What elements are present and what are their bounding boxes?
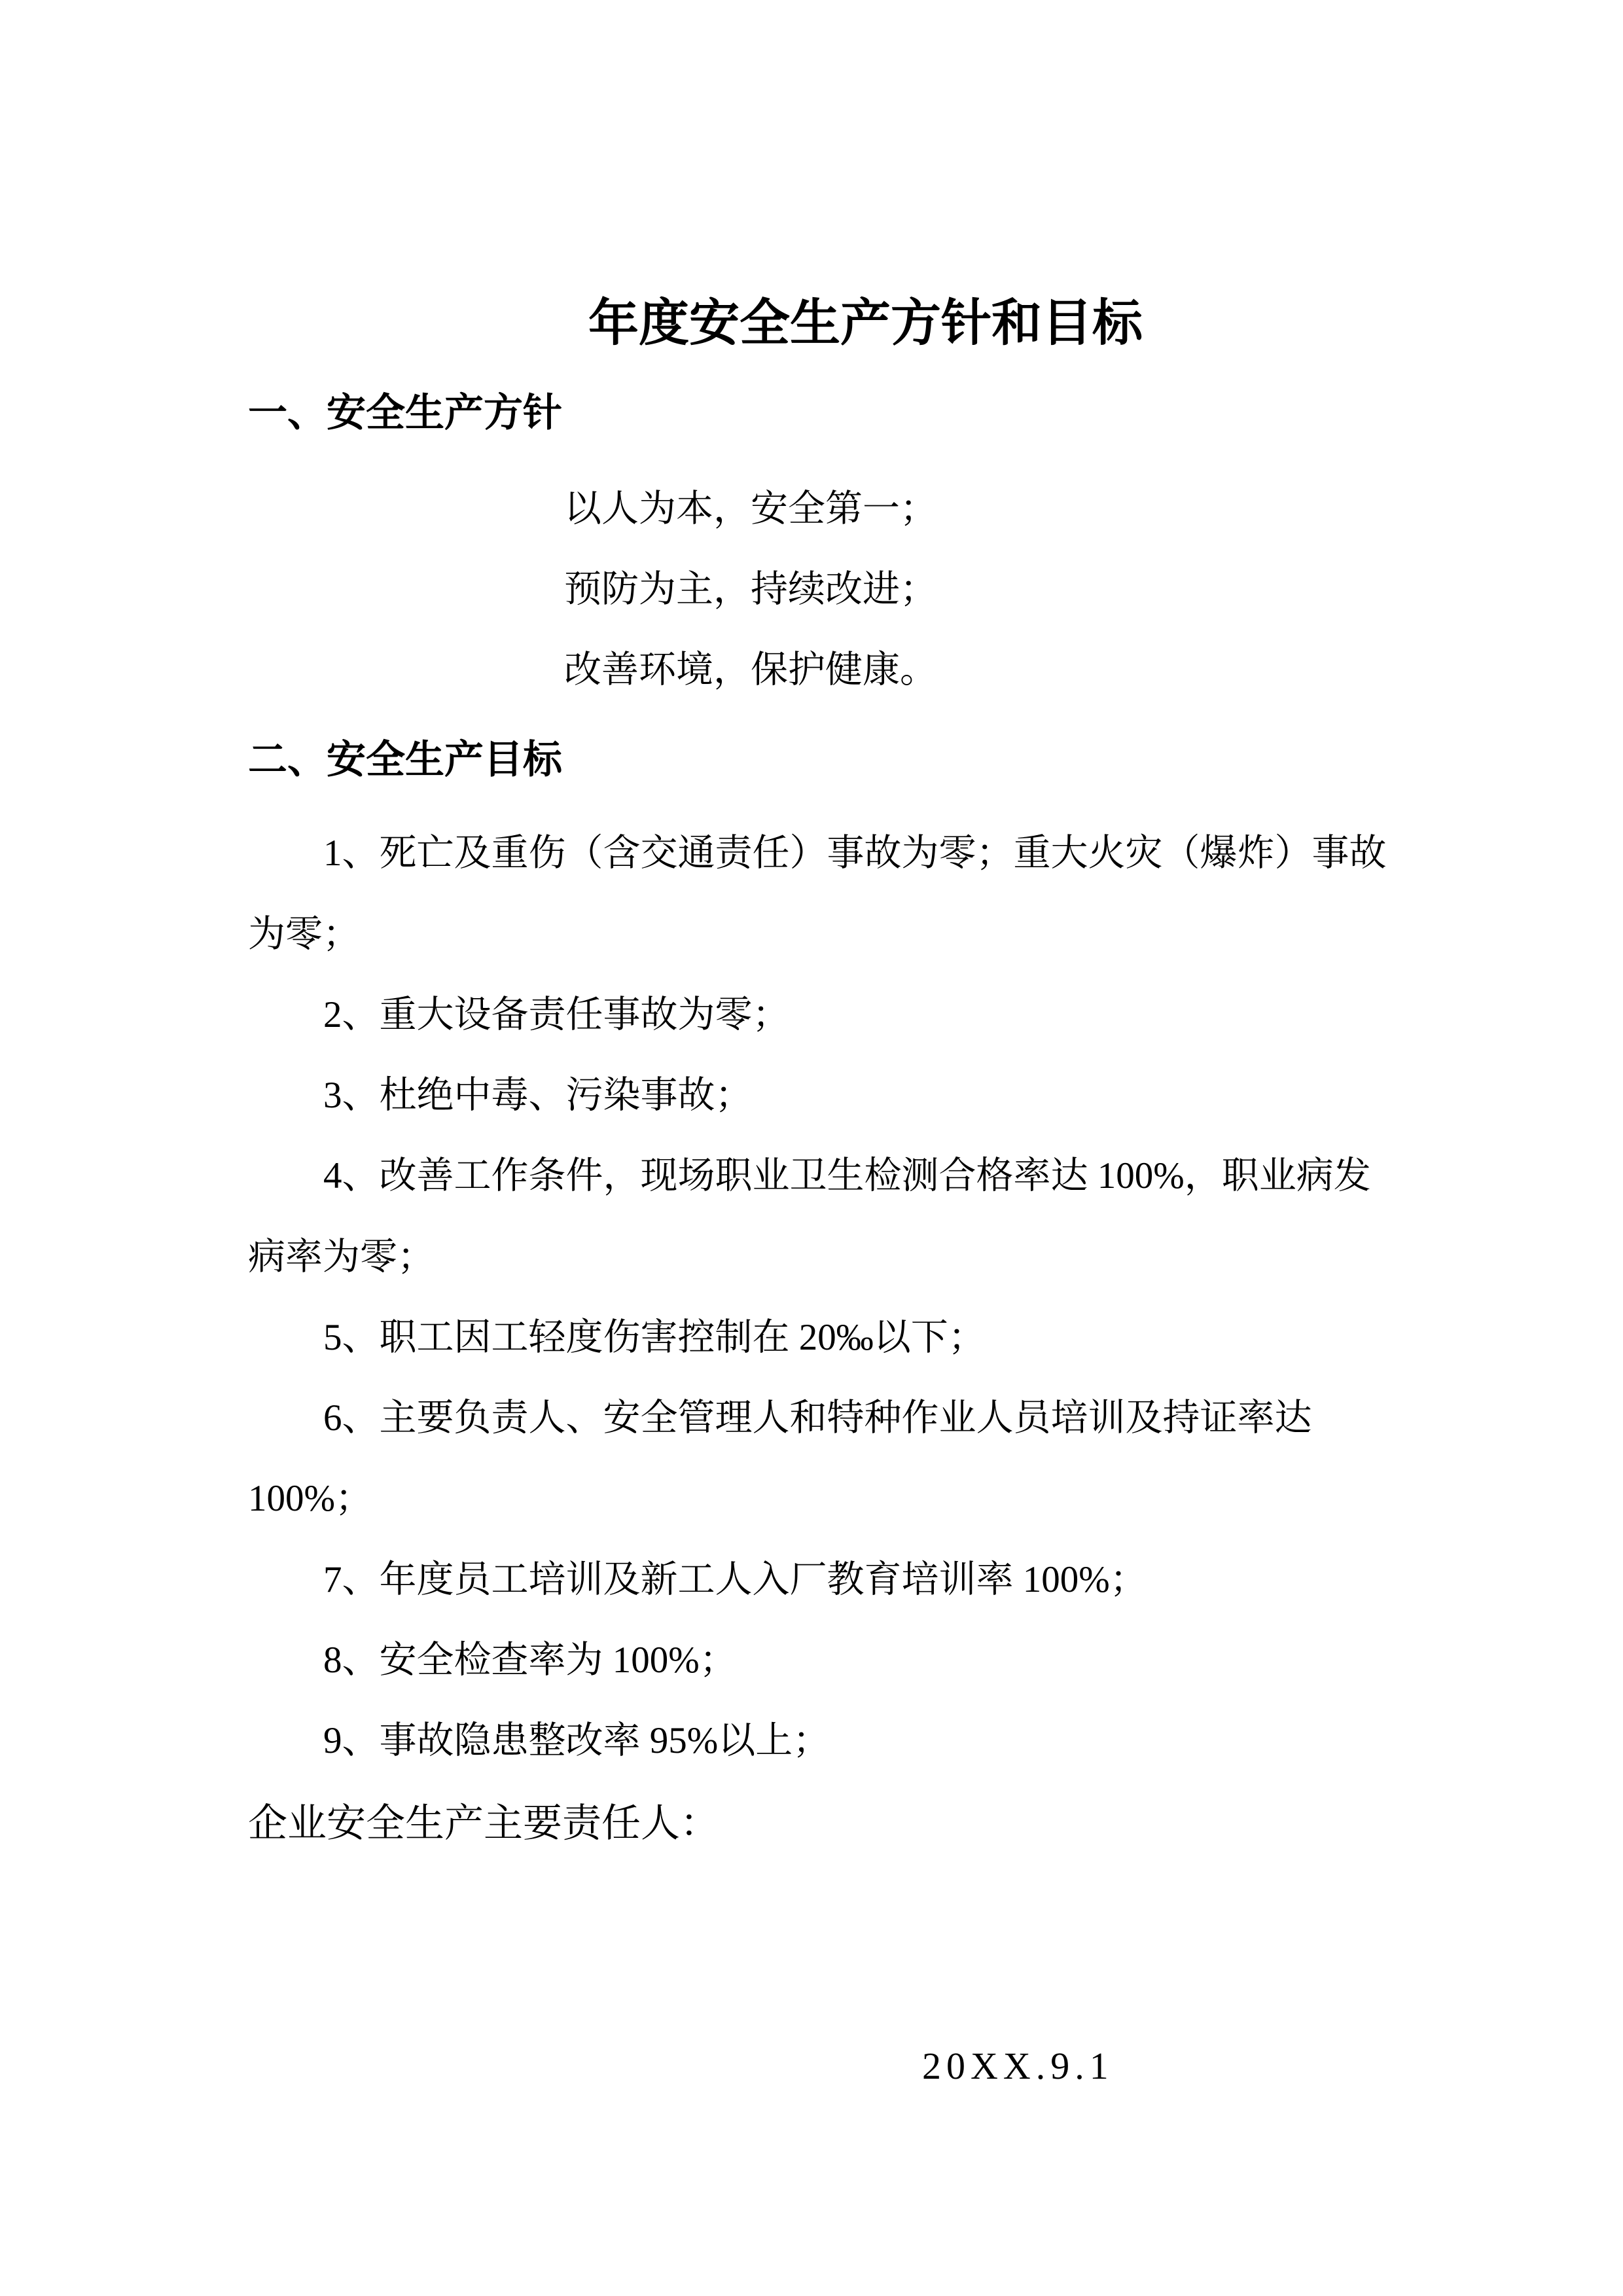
policy-line: 预防为主，持续改进； xyxy=(564,568,937,611)
goal-line: 7、年度员工培训及新工人入厂教育培训率 100%； xyxy=(323,1558,1147,1602)
goal-line: 9、事故隐患整改率 95%以上； xyxy=(323,1719,830,1763)
responsible-person-label: 企业安全生产主要责任人： xyxy=(248,1801,719,1846)
goal-line: 4、改善工作条件，现场职业卫生检测合格率达 100%，职业病发 xyxy=(323,1155,1371,1198)
policy-line: 改善环境，保护健康。 xyxy=(564,649,937,692)
section-heading-policy: 一、安全生产方针 xyxy=(248,390,562,435)
goal-line: 1、死亡及重伤（含交通责任）事故为零；重大火灾（爆炸）事故 xyxy=(323,832,1387,875)
goal-line-continuation: 病率为零； xyxy=(248,1236,435,1279)
page-title: 年度安全生产方针和目标 xyxy=(588,295,1143,353)
goal-line: 8、安全检查率为 100%； xyxy=(323,1639,737,1682)
goal-line-continuation: 100%； xyxy=(248,1477,372,1520)
section-heading-goals: 二、安全生产目标 xyxy=(248,737,562,782)
goal-line: 6、主要负责人、安全管理人和特种作业人员培训及持证率达 xyxy=(323,1397,1312,1440)
goal-line: 3、杜绝中毒、污染事故； xyxy=(323,1074,753,1117)
goal-line: 5、职工因工轻度伤害控制在 20‰以下； xyxy=(323,1316,986,1359)
goal-line-continuation: 为零； xyxy=(248,913,360,956)
document-date: 20XX.9.1 xyxy=(922,2045,1114,2089)
policy-line: 以人为本，安全第一； xyxy=(564,488,937,531)
document-page: 年度安全生产方针和目标 一、安全生产方针 以人为本，安全第一； 预防为主，持续改… xyxy=(0,0,1623,2296)
goal-line: 2、重大设备责任事故为零； xyxy=(323,994,790,1037)
